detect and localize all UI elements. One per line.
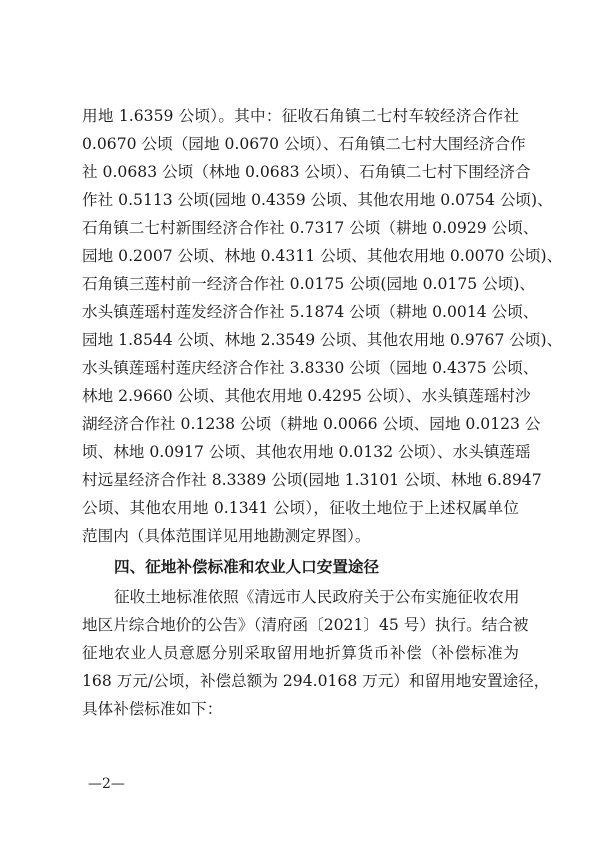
paragraph-line: 具体补偿标准如下： <box>82 695 519 723</box>
paragraph-line: 石角镇二七村新围经济合作社 0.7317 公顷（耕地 0.0929 公顷、 <box>82 214 519 242</box>
page-number: —2— <box>88 776 125 792</box>
paragraph-line: 园地 0.2007 公顷、林地 0.4311 公顷、其他农用地 0.0070 公… <box>82 242 519 270</box>
document-page: 用地 1.6359 公顷）。其中：征收石角镇二七村车较经济合作社 0.0670 … <box>0 0 600 848</box>
paragraph-line: 水头镇莲瑶村莲庆经济合作社 3.8330 公顷（园地 0.4375 公顷、 <box>82 354 519 382</box>
paragraph-line: 征地农业人员意愿分别采取留用地折算货币补偿（补偿标准为 <box>82 639 519 667</box>
paragraph-line: 社 0.0683 公顷（林地 0.0683 公顷）、石角镇二七村下围经济合 <box>82 158 519 186</box>
paragraph-line: 水头镇莲瑶村莲发经济合作社 5.1874 公顷（耕地 0.0014 公顷、 <box>82 298 519 326</box>
paragraph-line: 征收土地标准依照《清远市人民政府关于公布实施征收农用 <box>114 583 519 611</box>
paragraph-line: 地区片综合地价的公告》（清府函〔2021〕45 号）执行。结合被 <box>82 611 519 639</box>
paragraph-line: 石角镇三莲村前一经济合作社 0.0175 公顷(园地 0.0175 公顷)、 <box>82 270 519 298</box>
paragraph-line: 村远星经济合作社 8.3389 公顷(园地 1.3101 公顷、林地 6.894… <box>82 466 519 494</box>
paragraph-line: 湖经济合作社 0.1238 公顷（耕地 0.0066 公顷、园地 0.0123 … <box>82 410 519 438</box>
paragraph-line: 作社 0.5113 公顷(园地 0.4359 公顷、其他农用地 0.0754 公… <box>82 186 519 214</box>
paragraph-line: 0.0670 公顷（园地 0.0670 公顷）、石角镇二七村大围经济合作 <box>82 130 519 158</box>
paragraph-line: 园地 1.8544 公顷、林地 2.3549 公顷、其他农用地 0.9767 公… <box>82 326 519 354</box>
paragraph-line: 168 万元/公顷，补偿总额为 294.0168 万元）和留用地安置途径， <box>82 667 519 695</box>
paragraph-line: 用地 1.6359 公顷）。其中：征收石角镇二七村车较经济合作社 <box>82 102 519 130</box>
paragraph-line: 公顷、其他农用地 0.1341 公顷），征收土地位于上述权属单位 <box>82 494 519 522</box>
paragraph-line: 顷、林地 0.0917 公顷、其他农用地 0.0132 公顷）、水头镇莲瑶 <box>82 438 519 466</box>
section-heading: 四、征地补偿标准和农业人口安置途径 <box>114 553 519 581</box>
paragraph-line: 林地 2.9660 公顷、其他农用地 0.4295 公顷）、水头镇莲瑶村沙 <box>82 382 519 410</box>
paragraph-line: 范围内（具体范围详见用地勘测定界图）。 <box>82 522 519 550</box>
